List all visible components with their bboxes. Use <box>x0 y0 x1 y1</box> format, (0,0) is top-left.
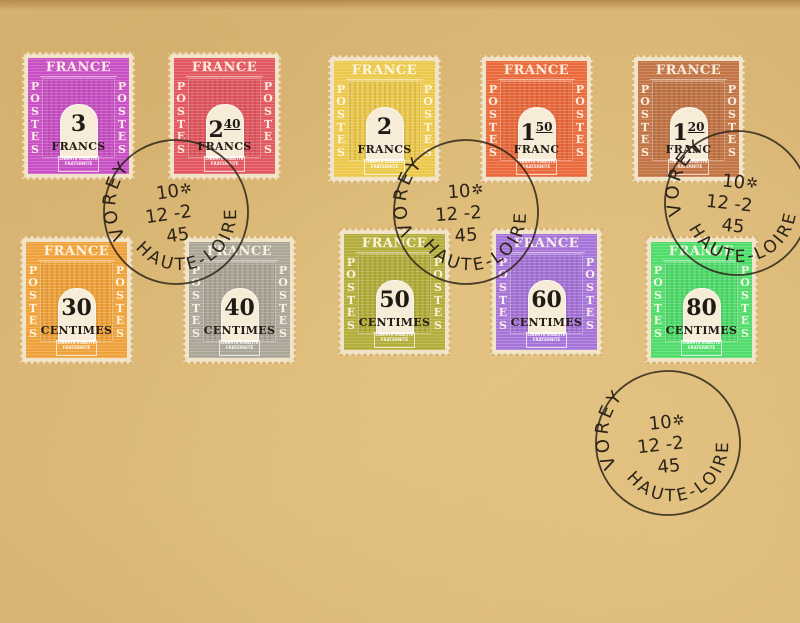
stamp-motto: LIBERTÉ ÉGALITÉ FRATERNITÉ <box>681 340 722 356</box>
stamp-unit: FRANCS <box>28 140 129 153</box>
stamp-30-centimes: FRANCE POSTES POSTES 30 CENTIMES LIBERTÉ… <box>20 236 133 364</box>
stamp-design: FRANCE POSTES POSTES 150 FRANC LIBERTÉ É… <box>486 61 587 177</box>
stamp-3-francs: FRANCE POSTES POSTES 3 FRANCS LIBERTÉ ÉG… <box>22 52 135 180</box>
stamp-50-centimes: FRANCE POSTES POSTES 50 CENTIMES LIBERTÉ… <box>338 228 451 356</box>
stamp-design: FRANCE POSTES POSTES 2 FRANCS LIBERTÉ ÉG… <box>334 61 435 177</box>
stamp-design: FRANCE POSTES POSTES 40 CENTIMES LIBERTÉ… <box>189 242 290 358</box>
stamp-unit: CENTIMES <box>496 316 597 329</box>
stamp-value: 120 <box>638 115 739 145</box>
stamp-country: FRANCE <box>663 244 740 261</box>
stamp-unit: FRANC <box>486 143 587 156</box>
stamp-country: FRANCE <box>201 244 278 261</box>
stamp-country: FRANCE <box>508 236 585 253</box>
stamp-1-20-franc: FRANCE POSTES POSTES 120 FRANC LIBERTÉ É… <box>632 55 745 183</box>
stamp-design: FRANCE POSTES POSTES 30 CENTIMES LIBERTÉ… <box>26 242 127 358</box>
stamp-design: FRANCE POSTES POSTES 120 FRANC LIBERTÉ É… <box>638 61 739 177</box>
stamp-country: FRANCE <box>40 60 117 77</box>
stamp-unit: CENTIMES <box>26 324 127 337</box>
stamp-design: FRANCE POSTES POSTES 60 CENTIMES LIBERTÉ… <box>496 234 597 350</box>
stamp-country: FRANCE <box>498 63 575 80</box>
stamp-country: FRANCE <box>650 63 727 80</box>
stamp-motto: LIBERTÉ ÉGALITÉ FRATERNITÉ <box>374 332 415 348</box>
stamp-design: FRANCE POSTES POSTES 240 FRANCS LIBERTÉ … <box>174 58 275 174</box>
stamp-2-40-francs: FRANCE POSTES POSTES 240 FRANCS LIBERTÉ … <box>168 52 281 180</box>
stamp-40-centimes: FRANCE POSTES POSTES 40 CENTIMES LIBERTÉ… <box>183 236 296 364</box>
stamp-motto: LIBERTÉ ÉGALITÉ FRATERNITÉ <box>516 159 557 175</box>
stamp-unit: FRANCS <box>174 140 275 153</box>
stamp-80-centimes: FRANCE POSTES POSTES 80 CENTIMES LIBERTÉ… <box>645 236 758 364</box>
stamp-unit: FRANC <box>638 143 739 156</box>
stamp-motto: LIBERTÉ ÉGALITÉ FRATERNITÉ <box>56 340 97 356</box>
stamp-unit: CENTIMES <box>651 324 752 337</box>
stamp-country: FRANCE <box>346 63 423 80</box>
stamp-motto: LIBERTÉ ÉGALITÉ FRATERNITÉ <box>364 159 405 175</box>
stamp-motto: LIBERTÉ ÉGALITÉ FRATERNITÉ <box>526 332 567 348</box>
stamp-value: 30 <box>26 296 127 320</box>
stamp-motto: LIBERTÉ ÉGALITÉ FRATERNITÉ <box>668 159 709 175</box>
stamp-design: FRANCE POSTES POSTES 3 FRANCS LIBERTÉ ÉG… <box>28 58 129 174</box>
stamp-value: 2 <box>334 115 435 139</box>
stamp-unit: CENTIMES <box>344 316 445 329</box>
stamp-value: 150 <box>486 115 587 145</box>
stamp-design: FRANCE POSTES POSTES 50 CENTIMES LIBERTÉ… <box>344 234 445 350</box>
stamp-2-francs: FRANCE POSTES POSTES 2 FRANCS LIBERTÉ ÉG… <box>328 55 441 183</box>
stamp-motto: LIBERTÉ ÉGALITÉ FRATERNITÉ <box>219 340 260 356</box>
stamp-country: FRANCE <box>38 244 115 261</box>
stamp-value: 240 <box>174 112 275 142</box>
stamp-1-50-franc: FRANCE POSTES POSTES 150 FRANC LIBERTÉ É… <box>480 55 593 183</box>
stamp-value: 80 <box>651 296 752 320</box>
stamp-value: 40 <box>189 296 290 320</box>
stamp-value: 60 <box>496 288 597 312</box>
stamp-unit: CENTIMES <box>189 324 290 337</box>
stamp-value: 3 <box>28 112 129 136</box>
stamp-design: FRANCE POSTES POSTES 80 CENTIMES LIBERTÉ… <box>651 242 752 358</box>
stamp-unit: FRANCS <box>334 143 435 156</box>
stamp-country: FRANCE <box>356 236 433 253</box>
stamp-60-centimes: FRANCE POSTES POSTES 60 CENTIMES LIBERTÉ… <box>490 228 603 356</box>
stamp-value: 50 <box>344 288 445 312</box>
stamp-motto: LIBERTÉ ÉGALITÉ FRATERNITÉ <box>58 156 99 172</box>
stamp-motto: LIBERTÉ ÉGALITÉ FRATERNITÉ <box>204 156 245 172</box>
stamp-country: FRANCE <box>186 60 263 77</box>
